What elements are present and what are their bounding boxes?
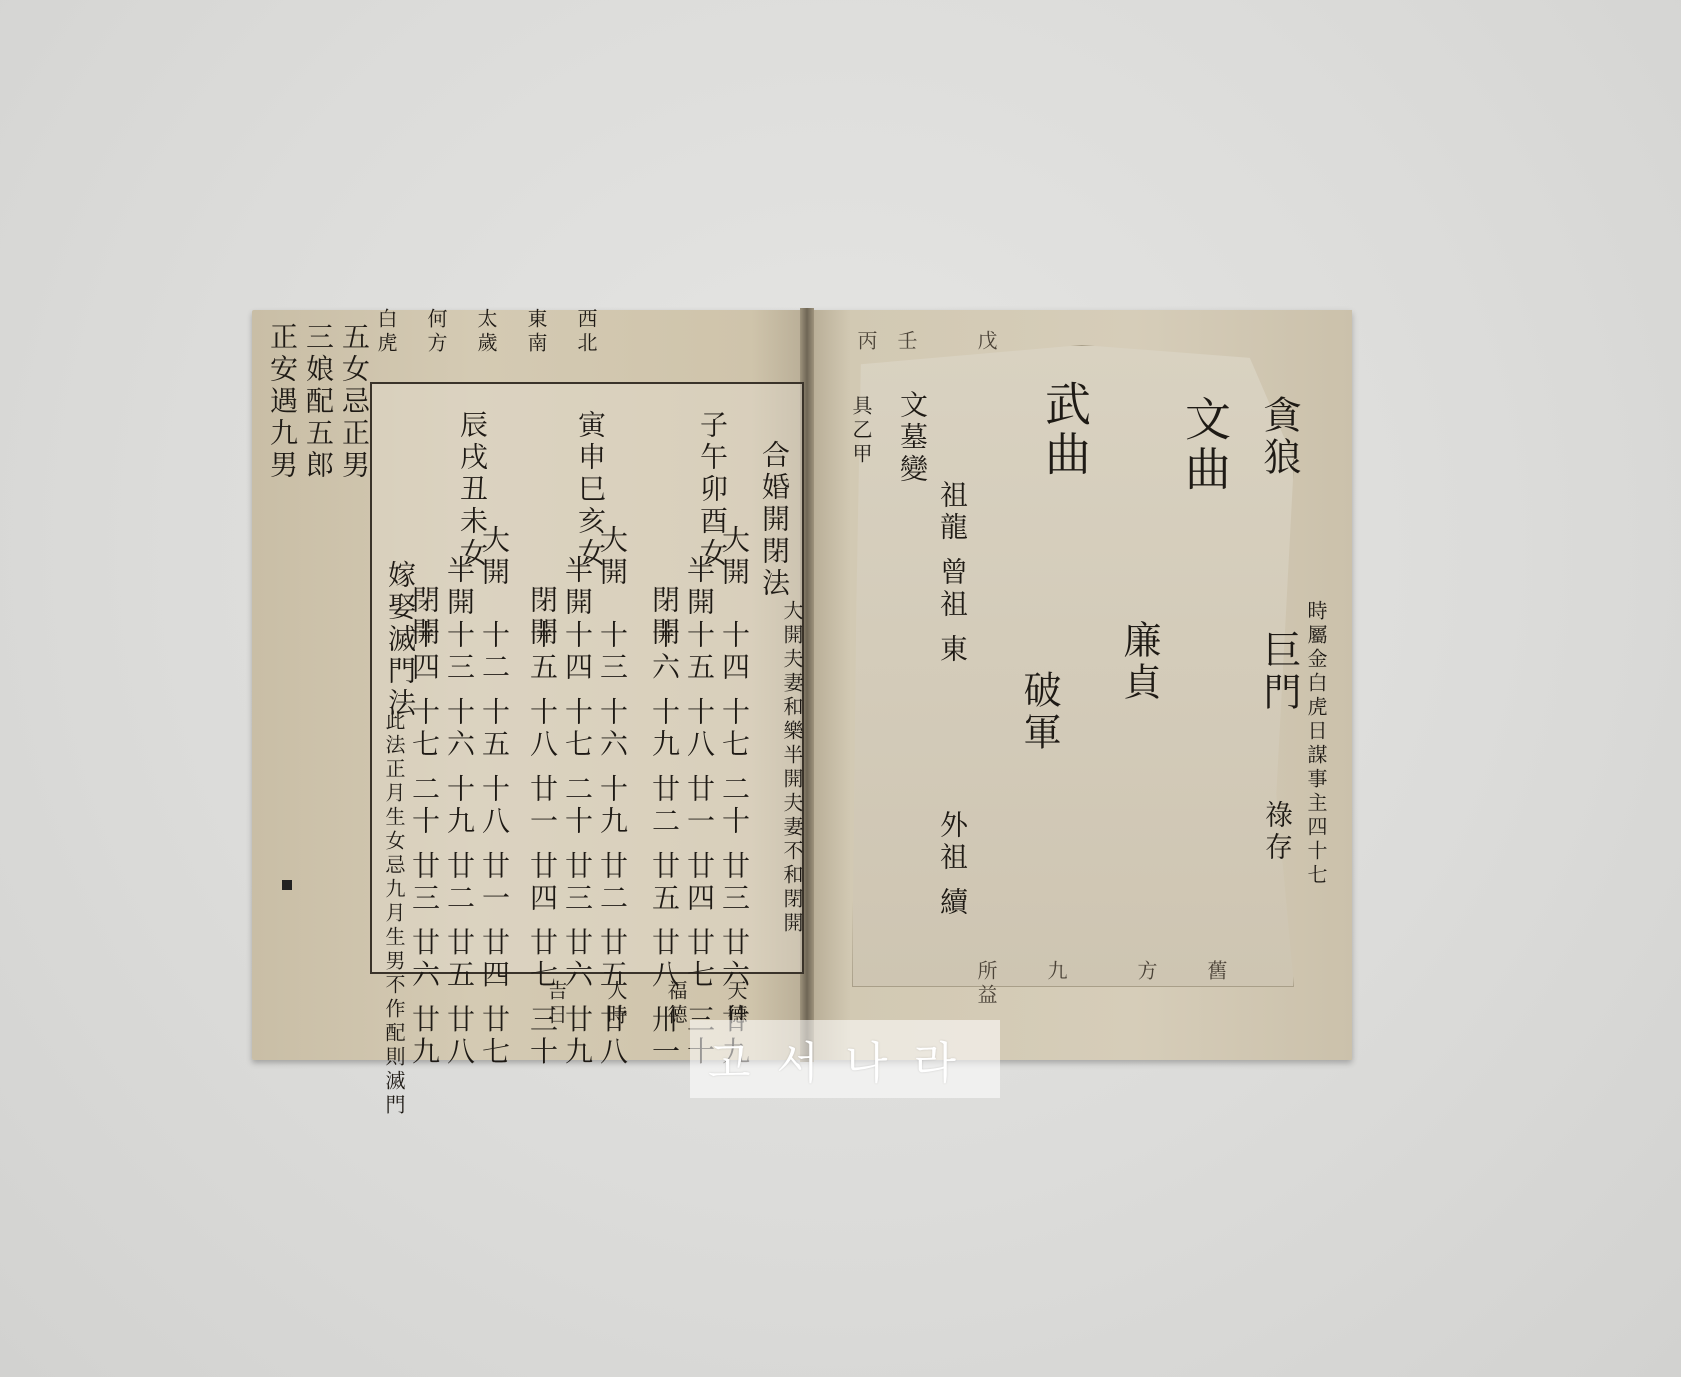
bottom-line: 吉日 (542, 980, 571, 1028)
star-name: 貪狼 (1252, 395, 1307, 479)
top-row-char: 壬 (892, 330, 921, 354)
ages: 十二 十五 十八 廿一 廿四 廿七 (474, 620, 514, 1069)
open-type: 大開 (592, 525, 632, 589)
star-name: 祿存 (1257, 800, 1297, 864)
column-text: 外祖 續 (932, 810, 972, 919)
column-text: 祖龍 曾祖 東 (932, 480, 972, 666)
bottom-line: 福德 (662, 980, 691, 1028)
open-type: 半開 (439, 555, 479, 619)
star-name: 廉貞 (1112, 620, 1167, 704)
bottom-row-char: 方 (1132, 960, 1161, 984)
watermark: 고서나라 (690, 1020, 1000, 1098)
top-margin-col: 西北 (572, 308, 601, 380)
outer-margin-col: 五女忌正男 (334, 322, 374, 1042)
bottom-row-char: 九 (1042, 960, 1071, 984)
ink-seal-mark (282, 880, 292, 890)
top-row-char: 戊 (972, 330, 1001, 354)
ages: 十三 十六 十九 廿二 廿五 廿八 (439, 620, 479, 1069)
top-margin-col: 何方 (422, 308, 451, 380)
open-manuscript-book: 正安遇九男 三娘配五郎 五女忌正男 白虎 何方 太歲 東南 西北 合婚開閉法 大… (252, 300, 1352, 1070)
outer-margin-col: 正安遇九男 (262, 322, 302, 1042)
open-type: 大開 (474, 525, 514, 589)
top-margin-col: 東南 (522, 308, 551, 380)
outer-margin-col: 三娘配五郎 (298, 322, 338, 1042)
page-note: 大開夫妻和樂半開夫妻不和閉開 (778, 600, 807, 936)
bottom-row-char: 所益 (972, 960, 1001, 1008)
sub-note: 此法正月生女忌九月生男不作配則滅門 (380, 710, 409, 1118)
open-type: 大開 (714, 525, 754, 589)
star-name: 破軍 (1012, 670, 1067, 754)
column-text: 文墓變 (892, 390, 932, 486)
side-column: 時屬金白虎日謀事主四十七 (1302, 600, 1331, 888)
top-margin-col: 白虎 (372, 308, 401, 380)
open-type: 半開 (557, 555, 597, 619)
star-name: 文曲 (1172, 395, 1238, 495)
page-title: 合婚開閉法 (754, 440, 794, 600)
bottom-row-char: 舊 (1202, 960, 1231, 984)
star-name: 巨門 (1252, 630, 1307, 714)
top-row-char: 丙 (852, 330, 881, 354)
star-name: 武曲 (1032, 380, 1098, 480)
column-text: 具乙甲 (847, 395, 876, 467)
sub-title: 嫁娶滅門法 (380, 560, 420, 720)
top-margin-col: 太歲 (472, 308, 501, 380)
bottom-line: 人時 (602, 980, 631, 1028)
open-type: 半開 (679, 555, 719, 619)
